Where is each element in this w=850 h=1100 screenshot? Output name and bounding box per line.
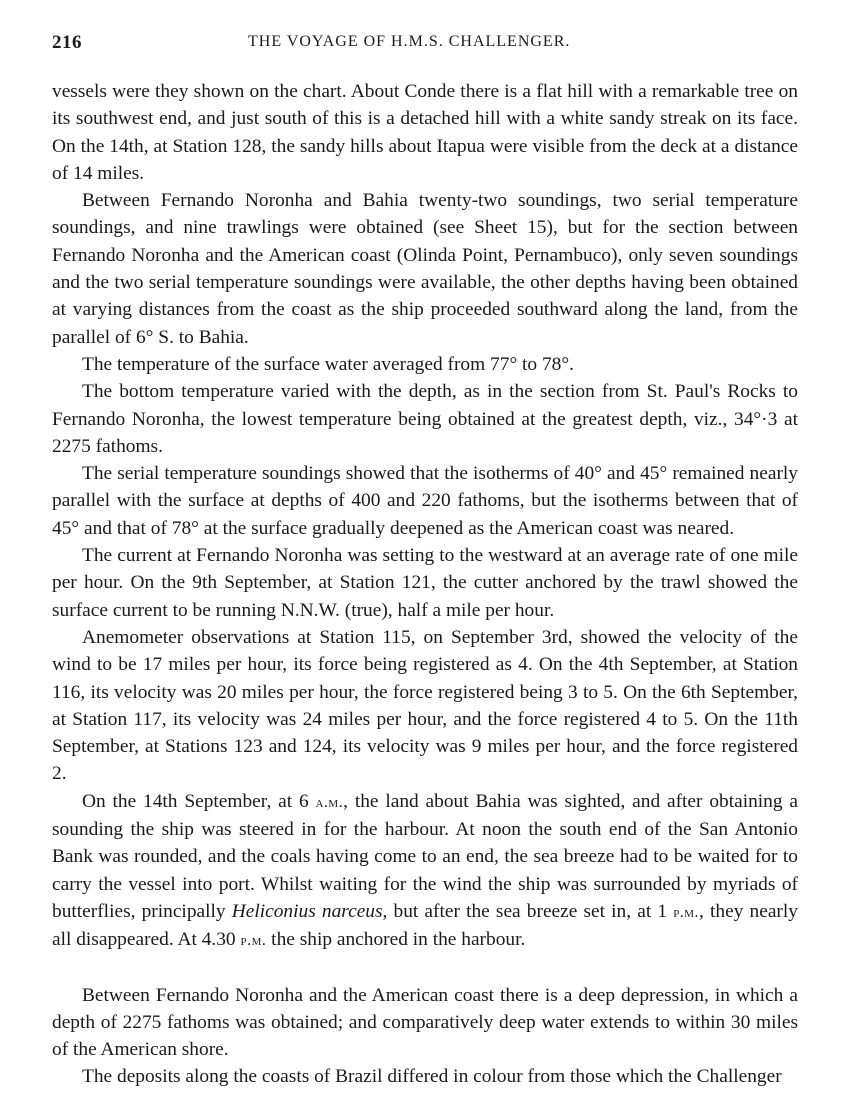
body-text: vessels were they shown on the chart. Ab… (52, 78, 798, 1091)
time-am: a.m. (315, 794, 343, 811)
page-number: 216 (52, 32, 82, 54)
text-run: , but after the sea breeze set in, at 1 (383, 901, 674, 922)
paragraph-arrival-bahia: On the 14th September, at 6 a.m., the la… (52, 788, 798, 955)
paragraph-current: The current at Fernando Noronha was sett… (52, 542, 798, 624)
paragraph-surface-temperature: The temperature of the surface water ave… (52, 351, 798, 378)
text-run: the ship anchored in the harbour. (266, 929, 525, 950)
paragraph-conde-hills: vessels were they shown on the chart. Ab… (52, 78, 798, 187)
paragraph-anemometer: Anemometer observations at Station 115, … (52, 624, 798, 788)
section-gap (52, 955, 798, 982)
running-title: THE VOYAGE OF H.M.S. CHALLENGER. (248, 33, 570, 51)
paragraph-isotherms: The serial temperature soundings showed … (52, 460, 798, 542)
paragraph-deep-depression: Between Fernando Noronha and the America… (52, 982, 798, 1064)
paragraph-soundings: Between Fernando Noronha and Bahia twent… (52, 187, 798, 351)
text-run: On the 14th September, at 6 (82, 791, 315, 812)
time-pm: p.m. (240, 932, 266, 949)
book-page: 216 THE VOYAGE OF H.M.S. CHALLENGER. ves… (52, 28, 798, 1091)
paragraph-bottom-temperature: The bottom temperature varied with the d… (52, 378, 798, 460)
paragraph-deposits: The deposits along the coasts of Brazil … (52, 1063, 798, 1090)
species-name: Heliconius narceus (232, 901, 383, 922)
running-head: 216 THE VOYAGE OF H.M.S. CHALLENGER. (52, 28, 798, 58)
time-pm: p.m. (673, 904, 699, 921)
